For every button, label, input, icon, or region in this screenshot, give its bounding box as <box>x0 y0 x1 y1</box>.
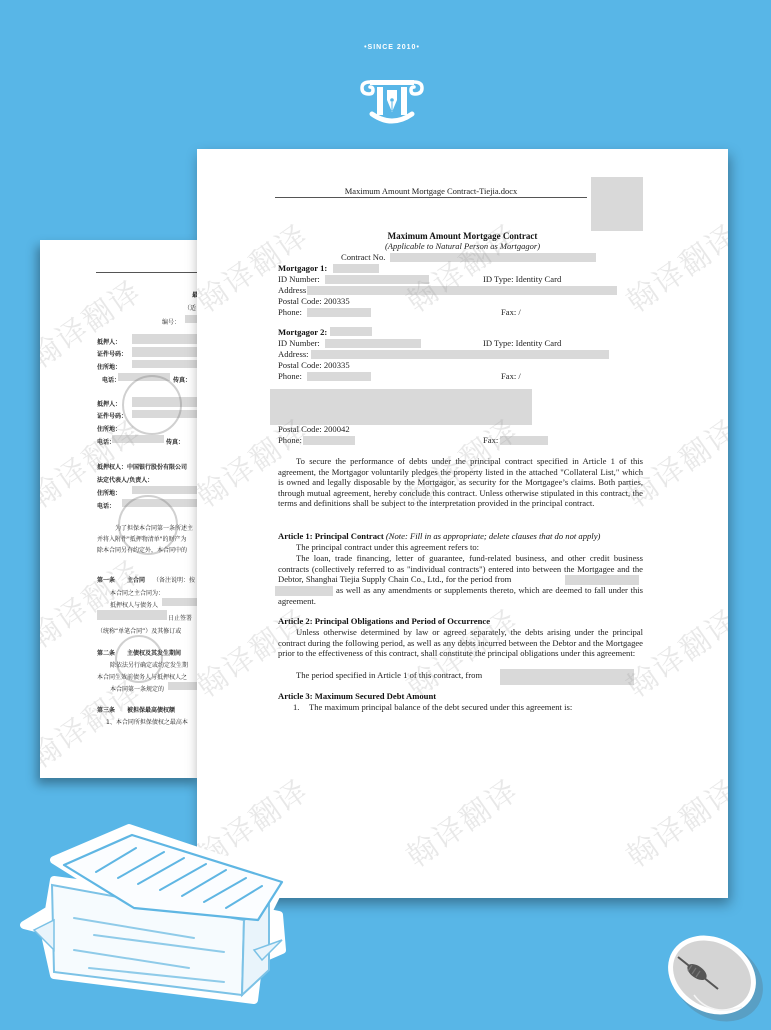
redaction <box>112 435 164 443</box>
redaction <box>500 669 634 685</box>
redaction <box>132 486 200 494</box>
pillar-pen-nib-icon <box>352 40 432 130</box>
redaction <box>311 350 609 359</box>
mortgagor2-postal-code: Postal Code: 200335 <box>278 360 350 371</box>
header-rule <box>96 272 200 273</box>
mortgagor2-address-label: Address: <box>278 349 309 360</box>
redaction <box>97 610 167 620</box>
redaction <box>307 308 371 317</box>
redaction <box>325 339 421 348</box>
mortgagor2-heading: Mortgagor 2: <box>278 327 327 338</box>
source-article1-line: （统称“单笔合同”）及其修订或 <box>97 626 181 635</box>
seal-stamp <box>122 375 182 435</box>
article1-paragraph-end: as well as any amendments or supplements… <box>278 585 643 606</box>
mortgagor2-fax: Fax: / <box>501 371 521 382</box>
mortgagor1-id-type: ID Type: Identity Card <box>483 274 561 285</box>
redaction <box>565 575 639 585</box>
source-fax-label: 传真： <box>173 375 191 384</box>
redaction <box>330 327 372 336</box>
redaction <box>333 264 379 273</box>
mortgagee-phone-label: Phone: <box>278 435 302 446</box>
paper-stack-icon <box>14 800 294 1010</box>
redaction <box>303 436 355 445</box>
redaction <box>591 177 643 231</box>
brand-logo: •SINCE 2010• <box>352 40 432 130</box>
source-article1-title: 第一条 主合同 <box>97 575 145 584</box>
source-article2-line: 本合同第一条规定的 <box>110 684 164 693</box>
source-address2-label: 住所地： <box>97 424 121 433</box>
mortgagor1-fax: Fax: / <box>501 307 521 318</box>
article1-line1: The principal contract under this agreem… <box>296 542 479 553</box>
redaction <box>307 286 617 295</box>
redaction <box>390 253 596 262</box>
source-article1-note: （备注说明：按 <box>153 575 195 584</box>
article3-title: Article 3: Maximum Secured Debt Amount <box>278 691 436 702</box>
mortgagee-postal-code: Postal Code: 200042 <box>278 424 350 435</box>
source-number-label: 编号： <box>162 317 180 326</box>
source-address-label: 住所地： <box>97 362 121 371</box>
source-mortgagor2-label: 抵押人： <box>97 399 121 408</box>
source-article1-line: 本合同之主合同为： <box>110 588 164 597</box>
seal-stamp <box>115 635 163 683</box>
redaction <box>162 598 200 606</box>
mortgagor1-heading: Mortgagor 1: <box>278 263 327 274</box>
seal-stamp <box>118 495 178 555</box>
source-legal-rep-label: 法定代表人/负责人： <box>97 475 153 484</box>
source-phone3-label: 电话： <box>97 501 115 510</box>
article3-item-text: The maximum principal balance of the deb… <box>309 702 572 713</box>
redaction <box>270 389 532 425</box>
redaction <box>325 275 429 284</box>
redaction <box>132 360 200 368</box>
mortgagor2-id-type: ID Type: Identity Card <box>483 338 561 349</box>
document-subtitle: (Applicable to Natural Person as Mortgag… <box>197 241 728 251</box>
redaction <box>307 372 371 381</box>
watermark: 翰译翻译 <box>616 766 728 875</box>
source-document-page: 最 （适 编号： 抵押人： 证件号码： 住所地： 电话： 传真： 抵押人： 证件… <box>40 240 200 778</box>
source-mortgagee-label: 抵押权人：中国银行股份有限公司 <box>97 462 187 471</box>
source-mortgagor-label: 抵押人： <box>97 337 121 346</box>
mortgagor1-address-label: Address <box>278 285 306 296</box>
source-fax2-label: 传真： <box>166 437 184 446</box>
mortgagor2-phone-label: Phone: <box>278 371 302 382</box>
mortgagor1-phone-label: Phone: <box>278 307 302 318</box>
computer-mouse-icon <box>660 925 770 1030</box>
mortgagor1-id-label: ID Number: <box>278 274 320 285</box>
article2-title: Article 2: Principal Obligations and Per… <box>278 616 490 627</box>
article1-note: (Note: Fill in as appropriate; delete cl… <box>386 531 601 541</box>
source-article1-line: 日止签署 <box>168 613 192 622</box>
mortgagee-fax-label: Fax: <box>483 435 498 446</box>
document-filename-header: Maximum Amount Mortgage Contract-Tiejia.… <box>275 186 587 198</box>
source-article3-title: 第三条 被担保最高债权额 <box>97 705 175 714</box>
source-subtitle: （适 <box>184 303 196 312</box>
redaction <box>500 436 548 445</box>
document-title: Maximum Amount Mortgage Contract <box>197 231 728 241</box>
source-article1-line: 抵押权人与债务人 <box>110 600 158 609</box>
watermark: 翰译翻译 <box>396 211 526 320</box>
redaction <box>132 334 200 344</box>
article2-paragraph: Unless otherwise determined by law or ag… <box>278 627 643 659</box>
mortgagor2-id-label: ID Number: <box>278 338 320 349</box>
article1-title: Article 1: Principal Contract (Note: Fil… <box>278 531 600 542</box>
redaction <box>132 347 200 357</box>
mortgagor1-postal-code: Postal Code: 200335 <box>278 296 350 307</box>
intro-paragraph: To secure the performance of debts under… <box>278 456 643 509</box>
source-id-label: 证件号码： <box>97 349 127 358</box>
translated-document-page: Maximum Amount Mortgage Contract-Tiejia.… <box>197 149 728 898</box>
watermark: 翰译翻译 <box>396 766 526 875</box>
article2-period-line: The period specified in Article 1 of thi… <box>296 670 482 681</box>
source-address3-label: 住所地： <box>97 488 121 497</box>
contract-no-label: Contract No. <box>341 252 385 263</box>
article3-item-number: 1. <box>293 702 299 713</box>
source-article3-line: 1、本合同所担保债权之最高本 <box>106 717 188 726</box>
article1-title-text: Article 1: Principal Contract <box>278 531 384 541</box>
redaction <box>168 682 200 690</box>
